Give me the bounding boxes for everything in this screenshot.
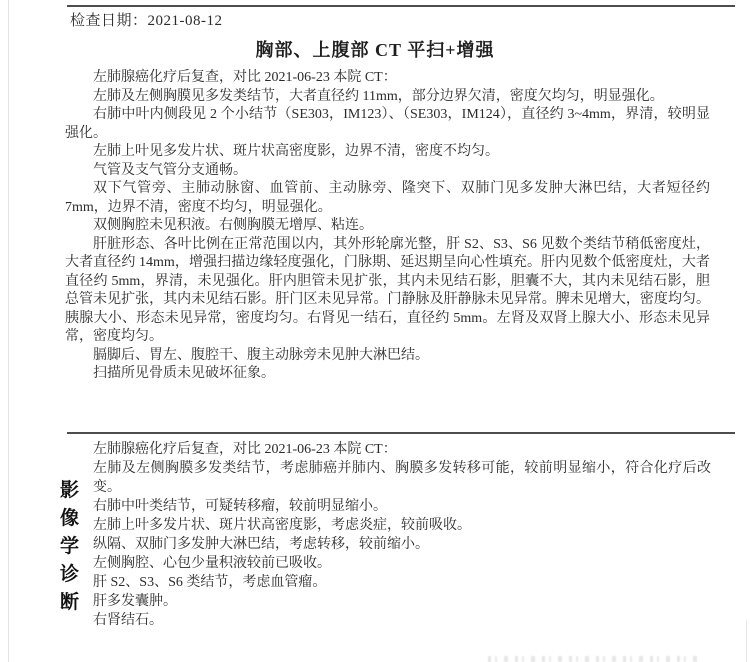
scan-edge-line-left xyxy=(8,0,9,662)
diagnosis-line: 肝 S2、S3、S6 类结节，考虑血管瘤。 xyxy=(93,573,711,592)
findings-paragraph: 左肺腺癌化疗后复查，对比 2021-06-23 本院 CT： xyxy=(65,69,710,88)
diagnosis-line: 肝多发囊肿。 xyxy=(93,592,711,611)
findings-paragraph: 右肺中叶内侧段见 2 个小结节（SE303，IM123）、（SE303，IM12… xyxy=(65,106,710,143)
findings-paragraph: 左肺上叶见多发片状、斑片状高密度影，边界不清，密度不均匀。 xyxy=(65,143,710,162)
findings-paragraph: 双下气管旁、主肺动脉窗、血管前、主动脉旁、隆突下、双肺门见多发肿大淋巴结，大者短… xyxy=(65,180,710,217)
findings-paragraph: 左肺及左侧胸膜见多发类结节，大者直径约 11mm，部分边界欠清，密度欠均匀，明显… xyxy=(65,88,710,107)
diagnosis-line: 左侧胸腔、心包少量积液较前已吸收。 xyxy=(93,554,711,573)
diagnosis-line: 右肾结石。 xyxy=(93,611,711,630)
section-separator-rule xyxy=(67,432,735,434)
exam-date: 检查日期：2021-08-12 xyxy=(70,9,223,30)
diagnosis-line: 纵隔、双肺门多发肿大淋巴结，考虑转移，较前缩小。 xyxy=(93,535,711,554)
diagnosis-line: 左肺腺癌化疗后复查，对比 2021-06-23 本院 CT： xyxy=(93,440,711,459)
findings-section: 左肺腺癌化疗后复查，对比 2021-06-23 本院 CT： 左肺及左侧胸膜见多… xyxy=(65,69,710,384)
findings-paragraph: 双侧胸腔未见积液。右侧胸膜无增厚、粘连。 xyxy=(65,217,710,236)
findings-paragraph: 膈脚后、胃左、腹腔干、腹主动脉旁未见肿大淋巴结。 xyxy=(65,347,710,366)
scan-edge-line-right xyxy=(746,620,747,662)
diagnosis-line: 左肺上叶多发片状、斑片状高密度影，考虑炎症，较前吸收。 xyxy=(93,516,711,535)
findings-paragraph: 气管及支气管分支通畅。 xyxy=(65,162,710,181)
findings-paragraph: 肝脏形态、各叶比例在正常范围以内，其外形轮廓光整，肝 S2、S3、S6 见数个类… xyxy=(65,236,710,347)
header-rule xyxy=(67,5,735,7)
findings-paragraph: 扫描所见骨质未见破坏征象。 xyxy=(65,365,710,384)
diagnosis-label-char: 断 xyxy=(60,593,79,612)
report-title: 胸部、上腹部 CT 平扫+增强 xyxy=(0,36,750,62)
diagnosis-line: 左肺及左侧胸膜多发类结节，考虑肺癌并肺内、胸膜多发转移可能，较前明显缩小，符合化… xyxy=(93,459,711,497)
diagnosis-label-char: 诊 xyxy=(60,565,79,584)
diagnosis-label-char: 影 xyxy=(60,481,79,500)
diagnosis-vertical-label: 影 像 学 诊 断 xyxy=(60,481,79,612)
diagnosis-label-char: 像 xyxy=(60,509,79,528)
bottom-cutoff-text xyxy=(488,656,703,662)
diagnosis-label-char: 学 xyxy=(60,537,79,556)
diagnosis-line: 右肺中叶类结节，可疑转移瘤，较前明显缩小。 xyxy=(93,497,711,516)
diagnosis-section: 左肺腺癌化疗后复查，对比 2021-06-23 本院 CT： 左肺及左侧胸膜多发… xyxy=(93,440,711,630)
